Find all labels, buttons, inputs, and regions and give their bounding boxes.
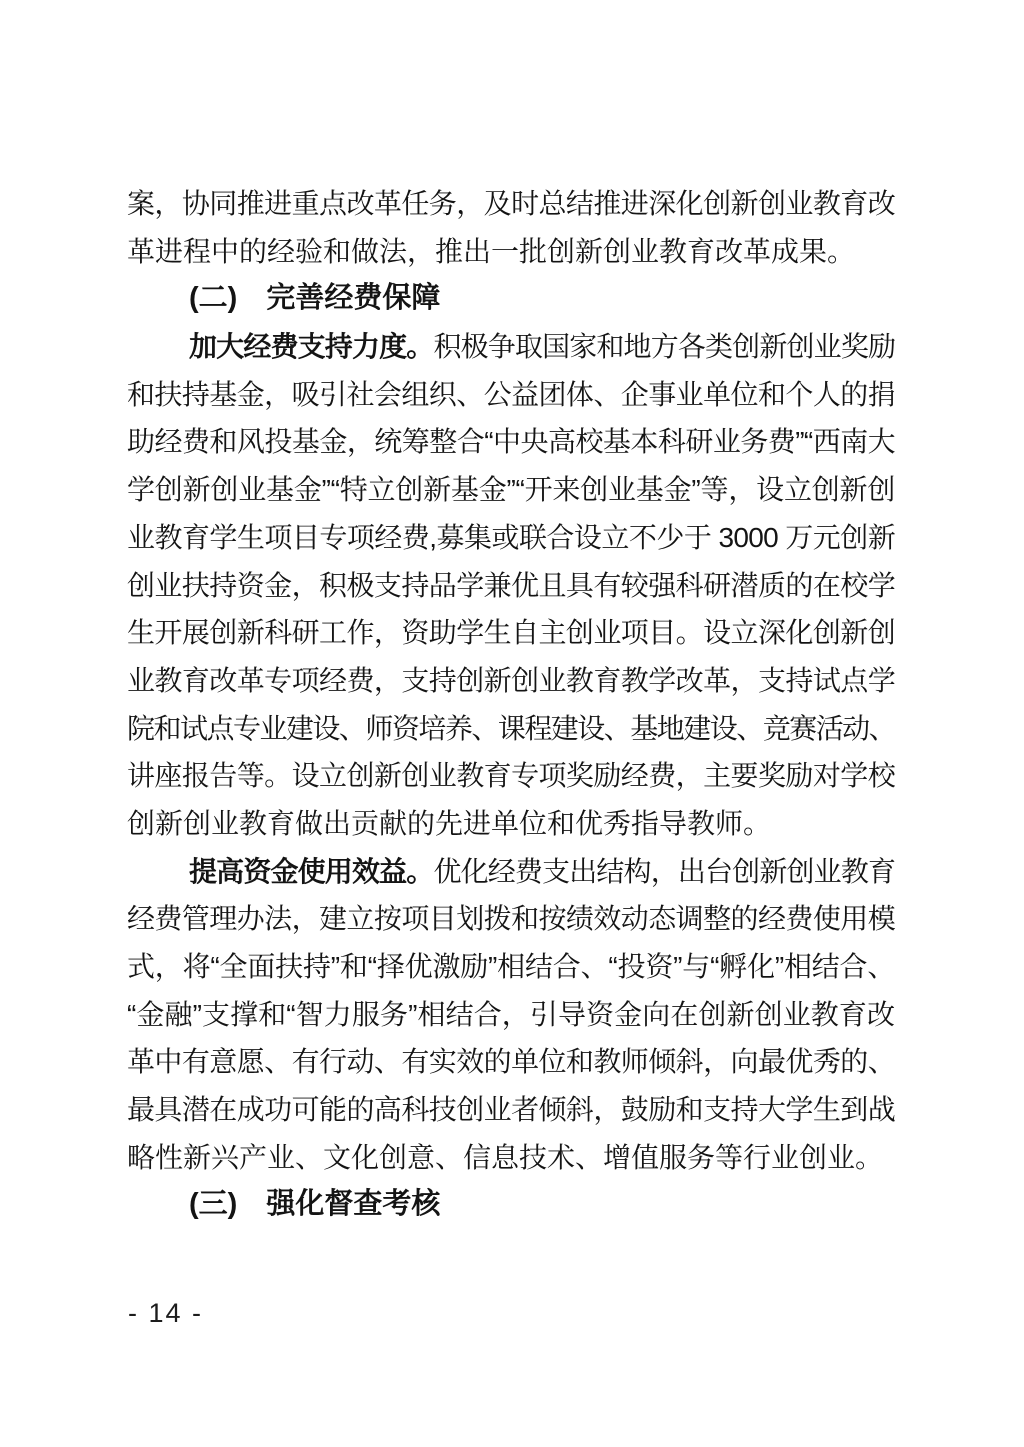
text-line: 最具潜在成功可能的高科技创业者倾斜，鼓励和支持大学生到战 — [127, 1086, 895, 1134]
text-line: 创新创业教育做出贡献的先进单位和优秀指导教师。 — [127, 800, 895, 848]
text-line: 式，将“全面扶持”和“择优激励”相结合、“投资”与“孵化”相结合、 — [127, 943, 895, 991]
text-line: 创业扶持资金，积极支持品学兼优且具有较强科研潜质的在校学 — [127, 562, 895, 610]
text-line: 学创新创业基金”“特立创新基金”“开来创业基金”等，设立创新创 — [127, 466, 895, 514]
text-line: “金融”支撑和“智力服务”相结合，引导资金向在创新创业教育改 — [127, 991, 895, 1039]
text-line: 经费管理办法，建立按项目划拨和按绩效动态调整的经费使用模 — [127, 895, 895, 943]
document-page: 案，协同推进重点改革任务，及时总结推进深化创新创业教育改革进程中的经验和做法，推… — [0, 0, 1024, 1447]
text-line: 业教育学生项目专项经费,募集或联合设立不少于 3000 万元创新 — [127, 514, 895, 562]
text-line: 略性新兴产业、文化创意、信息技术、增值服务等行业创业。 — [127, 1134, 895, 1182]
text-line: 提高资金使用效益。优化经费支出结构，出台创新创业教育 — [127, 848, 895, 896]
section-heading: (二) 完善经费保障 — [127, 275, 895, 323]
text-line: 加大经费支持力度。积极争取国家和地方各类创新创业奖励 — [127, 323, 895, 371]
document-body: 案，协同推进重点改革任务，及时总结推进深化创新创业教育改革进程中的经验和做法，推… — [127, 180, 895, 1229]
text-line: 讲座报告等。设立创新创业教育专项奖励经费，主要奖励对学校 — [127, 752, 895, 800]
text-line: 院和试点专业建设、师资培养、课程建设、基地建设、竞赛活动、 — [127, 705, 895, 753]
text-line: 助经费和风投基金，统筹整合“中央高校基本科研业务费”“西南大 — [127, 418, 895, 466]
text-line: 和扶持基金，吸引社会组织、公益团体、企事业单位和个人的捐 — [127, 371, 895, 419]
paragraph-bold-lead: 提高资金使用效益。 — [189, 856, 433, 887]
paragraph-bold-lead: 加大经费支持力度。 — [189, 331, 433, 362]
text-line: 案，协同推进重点改革任务，及时总结推进深化创新创业教育改 — [127, 180, 895, 228]
text-line: 革中有意愿、有行动、有实效的单位和教师倾斜，向最优秀的、 — [127, 1038, 895, 1086]
text-line: 革进程中的经验和做法，推出一批创新创业教育改革成果。 — [127, 228, 895, 276]
section-heading: (三) 强化督查考核 — [127, 1181, 895, 1229]
page-number: - 14 - — [128, 1296, 203, 1330]
text-line: 业教育改革专项经费，支持创新创业教育教学改革，支持试点学 — [127, 657, 895, 705]
text-line: 生开展创新科研工作，资助学生自主创业项目。设立深化创新创 — [127, 609, 895, 657]
